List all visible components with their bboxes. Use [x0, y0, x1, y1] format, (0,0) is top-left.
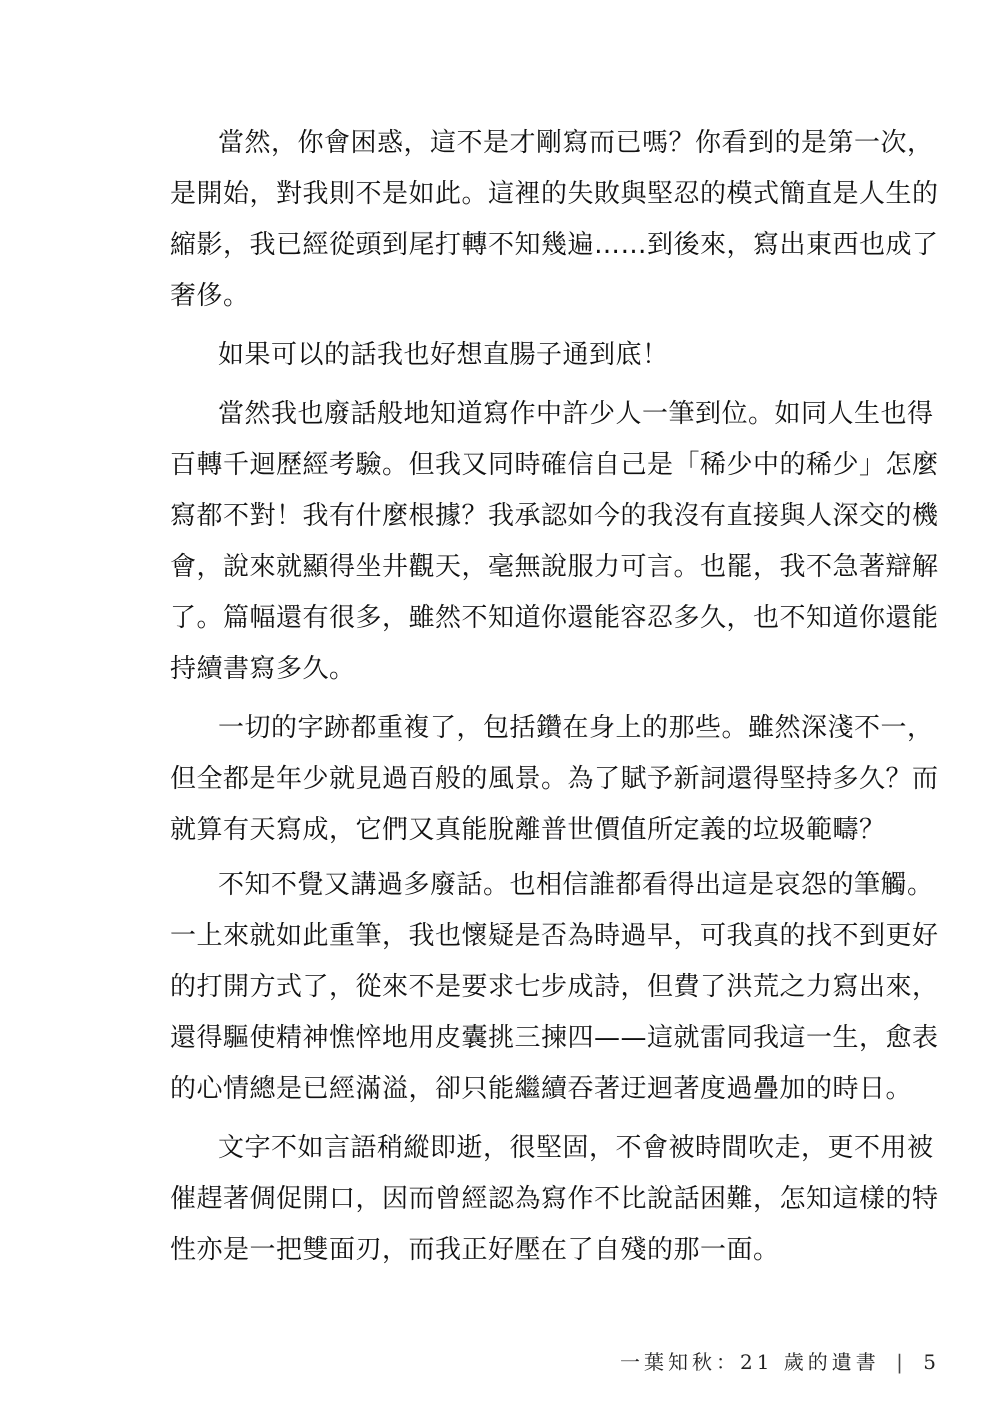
page-footer: 一葉知秋：21 歲的遺書 | 5 — [620, 1346, 940, 1375]
paragraph-4-line-3: 就算有天寫成，它們又真能脫離普世價值所定義的垃圾範疇？ — [170, 805, 886, 855]
paragraph-1-line-2: 是開始，對我則不是如此。這裡的失敗與堅忍的模式簡直是人生的 — [170, 169, 939, 219]
paragraph-5-line-5: 的心情總是已經滿溢，卻只能繼續吞著迂迴著度過疊加的時日。 — [170, 1064, 912, 1114]
running-book-title: 一葉知秋：21 歲的遺書 — [620, 1350, 880, 1374]
paragraph-1-line-3: 縮影，我已經從頭到尾打轉不知幾遍……到後來，寫出東西也成了 — [170, 220, 939, 270]
paragraph-6-line-3: 性亦是一把雙面刃，而我正好壓在了自殘的那一面。 — [170, 1225, 780, 1275]
page-number: 5 — [923, 1350, 940, 1374]
paragraph-1-line-4: 奢侈。 — [170, 271, 250, 321]
paragraph-4-line-2: 但全都是年少就見過百般的風景。為了賦予新詞還得堅持多久？而 — [170, 754, 939, 804]
paragraph-5-line-2: 一上來就如此重筆，我也懷疑是否為時過早，可我真的找不到更好 — [170, 911, 939, 961]
paragraph-3-line-5: 了。篇幅還有很多，雖然不知道你還能容忍多久，也不知道你還能 — [170, 593, 939, 643]
paragraph-3-line-6: 持續書寫多久。 — [170, 644, 356, 694]
paragraph-3-line-3: 寫都不對！我有什麼根據？我承認如今的我沒有直接與人深交的機 — [170, 491, 939, 541]
paragraph-4-line-1: 一切的字跡都重複了，包括鑽在身上的那些。雖然深淺不一， — [218, 703, 934, 753]
paragraph-6-line-1: 文字不如言語稍縱即逝，很堅固，不會被時間吹走，更不用被 — [218, 1123, 934, 1173]
paragraph-3-line-4: 會，說來就顯得坐井觀天，毫無說服力可言。也罷，我不急著辯解 — [170, 542, 939, 592]
paragraph-2-line-1: 如果可以的話我也好想直腸子通到底！ — [218, 330, 669, 380]
paragraph-5-line-3: 的打開方式了，從來不是要求七步成詩，但費了洪荒之力寫出來， — [170, 962, 939, 1012]
paragraph-5-line-1: 不知不覺又講過多廢話。也相信誰都看得出這是哀怨的筆觸。 — [218, 860, 934, 910]
paragraph-1-line-1: 當然，你會困惑，這不是才剛寫而已嗎？你看到的是第一次， — [218, 118, 934, 168]
paragraph-3-line-1: 當然我也廢話般地知道寫作中許少人一筆到位。如同人生也得 — [218, 389, 934, 439]
footer-separator: | — [896, 1350, 907, 1374]
paragraph-6-line-2: 催趕著倜促開口，因而曾經認為寫作不比說話困難，怎知這樣的特 — [170, 1174, 939, 1224]
paragraph-5-line-4: 還得驅使精神憔悴地用皮囊挑三揀四——這就雷同我這一生，愈表 — [170, 1013, 939, 1063]
paragraph-3-line-2: 百轉千迴歷經考驗。但我又同時確信自己是「稀少中的稀少」怎麼 — [170, 440, 939, 490]
